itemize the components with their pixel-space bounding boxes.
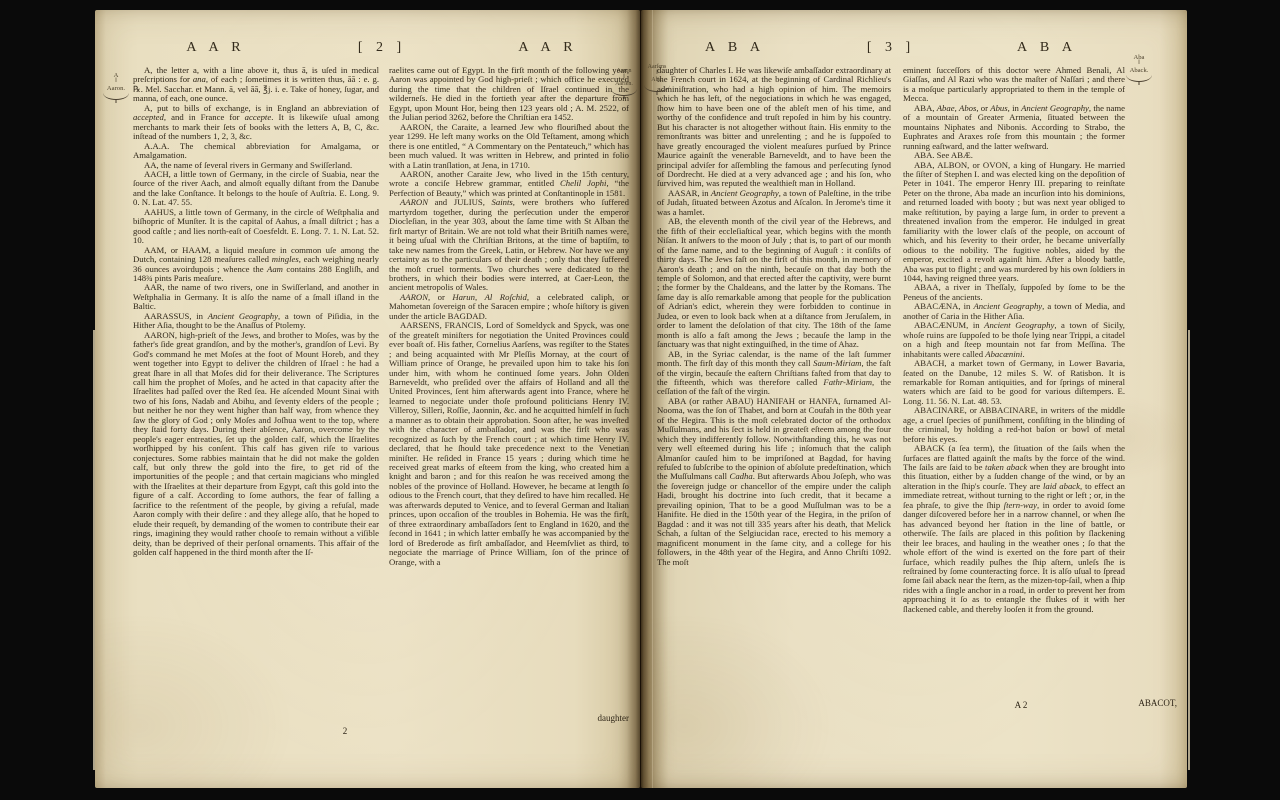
paragraph: AARON, or Harun, Al Roſchid, a celebrate… xyxy=(389,293,629,321)
paragraph: AB, in the Syriac calendar, is the name … xyxy=(657,350,891,397)
paragraph: A, put to bills of exchange, is in Engla… xyxy=(133,104,379,142)
paragraph: eminent ſucceſſors of this doctor were A… xyxy=(903,66,1125,104)
paragraph: AARON, high-prieſt of the Jews, and brot… xyxy=(133,331,379,558)
paragraph: AB, the eleventh month of the civil year… xyxy=(657,217,891,349)
page-verso: A A R [ 2 ] A A R A ‖ Aaron. Aaron ‖ Aar… xyxy=(95,10,640,788)
brace-icon xyxy=(611,89,637,96)
text-column: daughter of Charles I. He was likewiſe a… xyxy=(657,66,891,718)
brace-icon xyxy=(103,93,129,100)
paragraph: daughter of Charles I. He was likewiſe a… xyxy=(657,66,891,189)
running-head-left: A B A xyxy=(657,40,813,56)
margin-note-entry-range: A ‖ Aaron. xyxy=(97,72,135,100)
running-head-right: A B A xyxy=(969,40,1125,56)
catchword: ABACOT, xyxy=(1041,698,1177,708)
paragraph: ABA, ALBON, or OVON, a king of Hungary. … xyxy=(903,161,1125,284)
paragraph: AAM, or HAAM, a liquid meaſure in common… xyxy=(133,246,379,284)
paragraph: ABA (or rather ABAU) HANIFAH or HANFA, ſ… xyxy=(657,397,891,567)
paragraph: AACH, a little town of Germany, in the c… xyxy=(133,170,379,208)
margin-note-last-entry: Aback. xyxy=(1113,67,1165,74)
margin-note-entry-range: Aaron ‖ Aarſen. xyxy=(607,68,641,96)
page-edge xyxy=(93,330,95,770)
catchword: daughter xyxy=(389,713,629,723)
page-recto: A B A [ 3 ] A B A Aarſens ‖ Aba. Aba ‖ A… xyxy=(641,10,1187,788)
book-spread: A A R [ 2 ] A A R A ‖ Aaron. Aaron ‖ Aar… xyxy=(0,0,1280,800)
paragraph: AARASSUS, in Ancient Geography, a town o… xyxy=(133,312,379,331)
paragraph: ABACINARE, or ABBACINARE, in writers of … xyxy=(903,406,1125,444)
margin-note-last-entry: Aba. xyxy=(641,77,673,84)
running-head: A B A [ 3 ] A B A xyxy=(657,40,1125,56)
margin-note-last-entry: Aarſen. xyxy=(607,81,641,88)
text-column: eminent ſucceſſors of this doctor were A… xyxy=(903,66,1125,718)
paragraph: AAHUS, a little town of Germany, in the … xyxy=(133,208,379,246)
running-head: A A R [ 2 ] A A R xyxy=(133,40,631,56)
paragraph: AARON and JULIUS, Saints, were brothers … xyxy=(389,198,629,293)
page-number: [ 2 ] xyxy=(299,40,465,56)
paragraph: ABACÆNUM, in Ancient Geography, a town o… xyxy=(903,321,1125,359)
margin-note-last-entry: Aaron. xyxy=(97,85,135,92)
paragraph: AARON, another Caraite Jew, who lived in… xyxy=(389,170,629,198)
page-edge xyxy=(1188,330,1190,770)
paragraph: ABAA, a river in Theſſaly, ſuppoſed by ſ… xyxy=(903,283,1125,302)
paragraph: A.A.A. The chemical abbreviation for Ama… xyxy=(133,142,379,161)
paragraph: ABACH, a market town of Germany, in Lowe… xyxy=(903,359,1125,406)
margin-note-entry-range: Aba ‖ Aback. xyxy=(1113,54,1165,82)
paragraph: AARON, the Caraite, a learned Jew who fl… xyxy=(389,123,629,170)
margin-note-entry-range: Aarſens ‖ Aba. xyxy=(641,64,673,92)
paragraph: AAR, the name of two rivers, one in Swiſ… xyxy=(133,283,379,311)
paragraph: raelites came out of Egypt. In the firſt… xyxy=(389,66,629,123)
brace-icon xyxy=(1126,75,1152,82)
running-head-right: A A R xyxy=(465,40,631,56)
paragraph: AARSENS, FRANCIS, Lord of Someldyck and … xyxy=(389,321,629,567)
text-column: raelites came out of Egypt. In the firſt… xyxy=(389,66,629,718)
text-column: A, the letter a, with a line above it, t… xyxy=(133,66,379,718)
paragraph: AASAR, in Ancient Geography, a town of P… xyxy=(657,189,891,217)
page-number: [ 3 ] xyxy=(813,40,969,56)
paragraph: ABACK (a ſea term), the ſituation of the… xyxy=(903,444,1125,614)
paragraph: ABA, Abae, Abos, or Abus, in Ancient Geo… xyxy=(903,104,1125,151)
brace-icon xyxy=(644,85,670,92)
paragraph: ABACÆNA, in Ancient Geography, a town of… xyxy=(903,302,1125,321)
paragraph: A, the letter a, with a line above it, t… xyxy=(133,66,379,104)
running-head-left: A A R xyxy=(133,40,299,56)
press-figure: 2 xyxy=(245,726,445,736)
